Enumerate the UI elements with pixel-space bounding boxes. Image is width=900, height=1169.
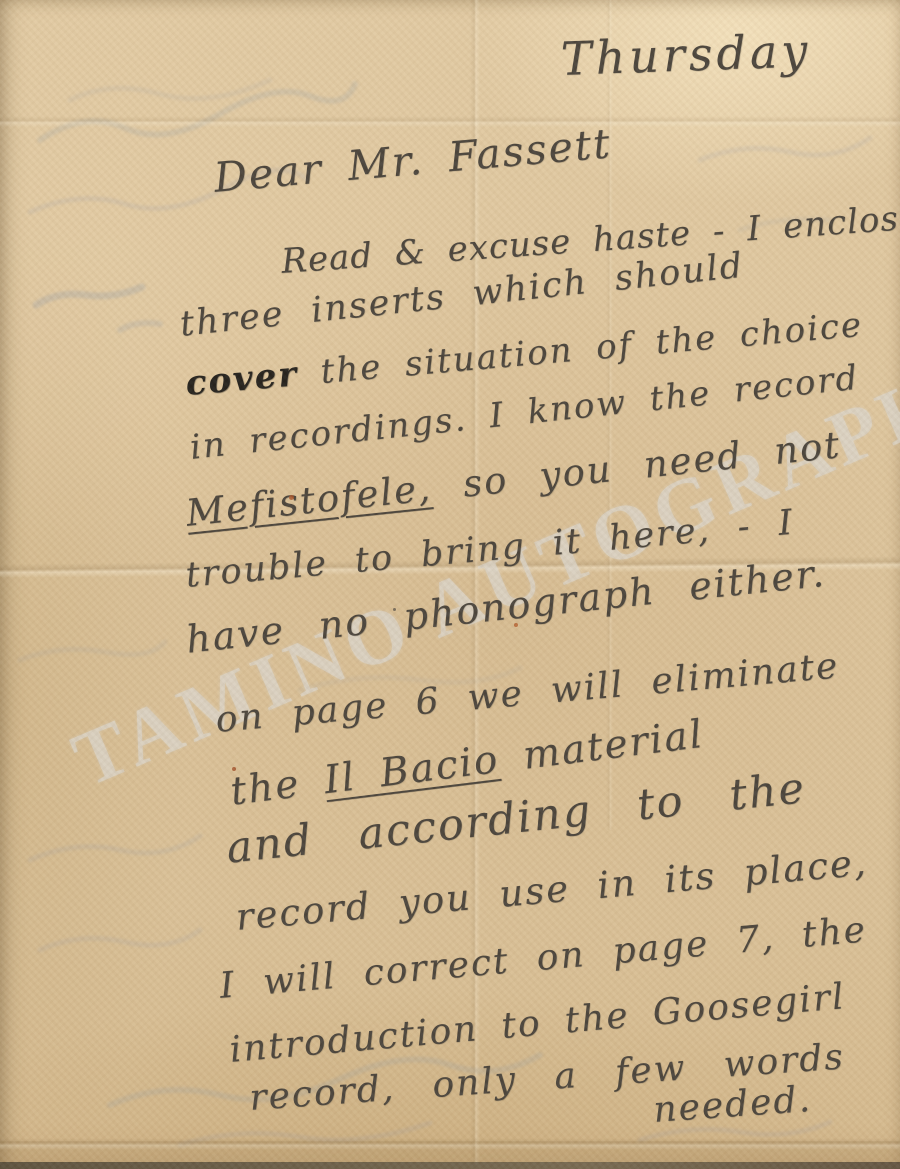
rust-speck <box>514 623 518 627</box>
letter-line-9-lead: the <box>228 759 327 815</box>
letter-line-9-rest: material <box>496 712 706 782</box>
ink-speck <box>393 608 396 611</box>
word-mefistofele-underlined: Mefistofele, <box>184 466 434 535</box>
word-cover-overwritten: cover <box>184 354 300 404</box>
salutation-line: Dear Mr. Fassett <box>212 119 613 202</box>
scan-edge <box>0 1162 900 1169</box>
letter-line-8: on page 6 we will eliminate <box>214 645 841 740</box>
scanned-letter-page: TAMINO AUTOGRAPHS Thursday Dear Mr. Fass… <box>0 0 900 1169</box>
fold-crease-top <box>0 116 900 127</box>
rust-speck <box>232 767 236 771</box>
bottom-fold-shadow <box>0 1141 900 1163</box>
date-line: Thursday <box>560 23 812 86</box>
rust-speck <box>289 495 294 500</box>
